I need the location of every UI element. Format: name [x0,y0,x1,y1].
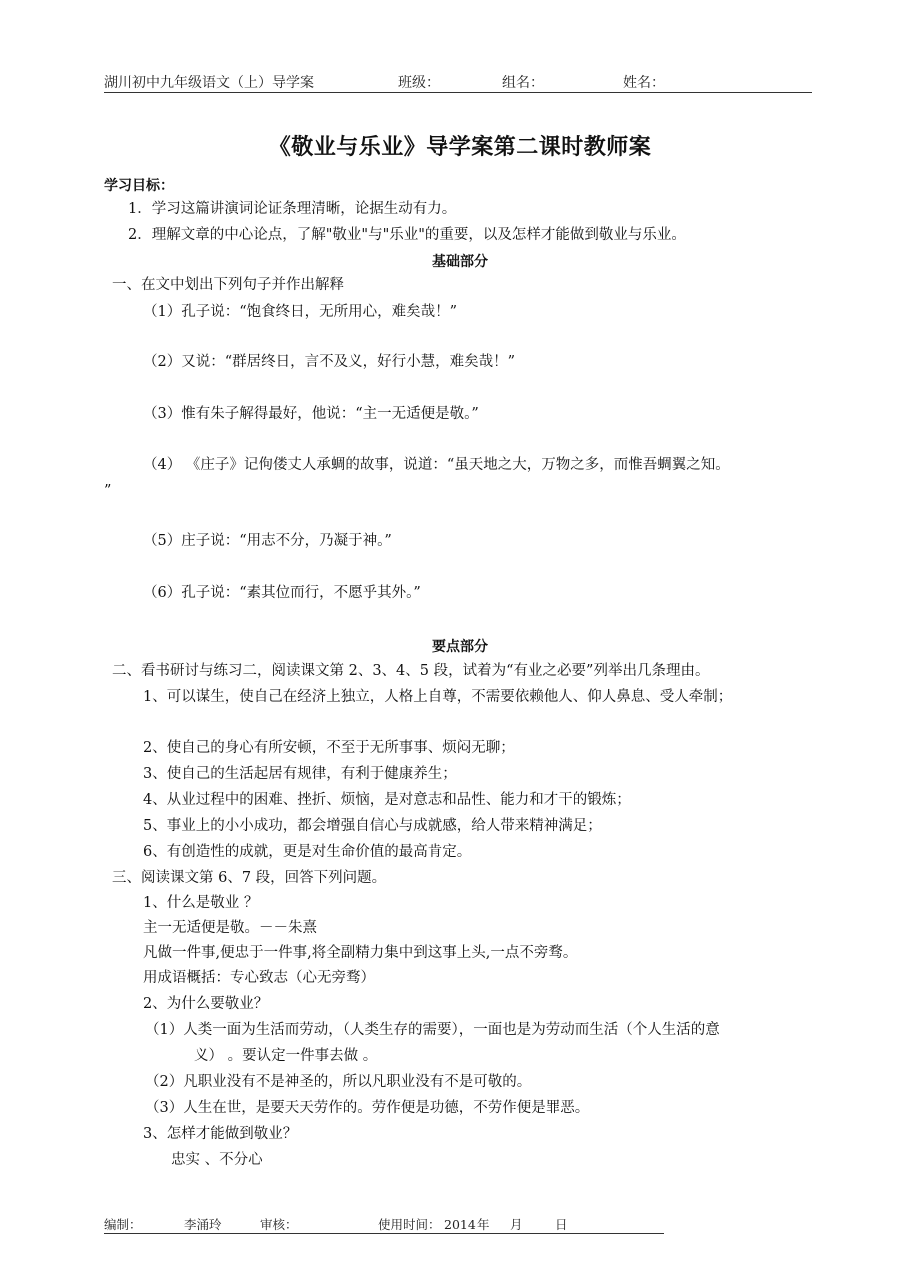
q2-answer-6: 6、有创造性的成就，更是对生命价值的最高肯定。 [143,842,471,862]
q3-sub1-question: 1、什么是敬业 ？ [143,893,258,913]
q3-sub2-line-1: （1）人类一面为生活而劳动，（人类生存的需要），一面也是为劳动而生活（个人生活的… [145,1020,720,1040]
editor-label: 编制： [104,1216,142,1233]
sentence-5: （5）庄子说：“用志不分，乃凝于神。” [143,531,392,551]
q3-sub1-line-1: 主一无适便是敬。－－朱熹 [143,918,317,938]
q3-sub3-answer: 忠实 、不分心 [171,1150,263,1170]
q3-sub2-line-1-wrap: 义） 。要认定一件事去做 。 [194,1046,377,1066]
page-header: 湖川初中九年级语文（上）导学案 班级： 组名： 姓名： [104,74,812,93]
q2-answer-1: 1、可以谋生，使自己在经济上独立，人格上自尊，不需要依赖他人、仰人鼻息、受人牵制… [143,687,732,707]
class-label: 班级： [398,74,440,92]
q2-answer-3: 3、使自己的生活起居有规律，有利于健康养生； [143,764,457,784]
page-title: 《敬业与乐业》导学案第二课时教师案 [0,130,920,161]
objectives-heading: 学习目标： [104,175,174,195]
question-3-prompt: 三、阅读课文第 6、7 段，回答下列问题。 [112,868,386,888]
date-label: 使用时间： [378,1216,441,1233]
date-year-unit: 年 [477,1216,490,1233]
q3-sub2-question: 2、为什么要敬业？ [143,994,268,1014]
sentence-1: （1）孔子说：“饱食终日，无所用心，难矣哉！” [143,302,457,322]
q3-sub3-question: 3、怎样才能做到敬业？ [143,1124,297,1144]
objective-2: 2．理解文章的中心论点，了解"敬业"与"乐业"的重要，以及怎样才能做到敬业与乐业… [128,225,686,245]
date-year: 2014 [444,1216,476,1233]
objective-1: 1．学习这篇讲演词论证条理清晰，论据生动有力。 [128,199,456,219]
review-label: 审核： [260,1216,298,1233]
page-footer: 编制： 李涌玲 审核： 使用时间： 2014 年 月 日 [104,1216,664,1234]
date-day-unit: 日 [555,1216,568,1233]
sentence-2: （2）又说：“群居终日，言不及义，好行小慧，难矣哉！” [143,352,515,372]
q3-sub1-line-3: 用成语概括：专心致志（心无旁骛） [143,968,375,988]
basic-section-heading: 基础部分 [0,251,920,271]
question-2-prompt: 二、看书研讨与练习二，阅读课文第 2、3、4、5 段，试着为“有业之必要”列举出… [112,661,709,681]
sentence-3: （3）惟有朱子解得最好，他说：“主一无适便是敬。” [143,404,479,424]
q2-answer-2: 2、使自己的身心有所安顿，不至于无所事事、烦闷无聊； [143,738,515,758]
sentence-4: （4） 《庄子》记佝偻丈人承蜩的故事，说道：“虽天地之大，万物之多，而惟吾蜩翼之… [143,455,730,475]
q3-sub2-line-3: （3）人生在世，是要天天劳作的。劳作便是功德，不劳作便是罪恶。 [145,1098,589,1118]
sentence-4-closing-quote: ” [104,481,111,501]
key-section-heading: 要点部分 [0,636,920,656]
group-label: 组名： [502,74,544,92]
q3-sub2-line-2: （2）凡职业没有不是神圣的，所以凡职业没有不是可敬的。 [145,1072,531,1092]
q2-answer-5: 5、事业上的小小成功，都会增强自信心与成就感，给人带来精神满足； [143,816,602,836]
q2-answer-4: 4、从业过程中的困难、挫折、烦恼，是对意志和品性、能力和才干的锻炼； [143,790,631,810]
editor-name: 李涌玲 [184,1216,222,1233]
sentence-6: （6）孔子说：“素其位而行，不愿乎其外。” [143,583,421,603]
date-month-unit: 月 [510,1216,523,1233]
course-title: 湖川初中九年级语文（上）导学案 [104,74,314,92]
question-1-prompt: 一、在文中划出下列句子并作出解释 [112,275,344,295]
name-label: 姓名： [623,74,665,92]
q3-sub1-line-2: 凡做一件事,便忠于一件事,将全副精力集中到这事上头,一点不旁骛。 [143,943,577,963]
